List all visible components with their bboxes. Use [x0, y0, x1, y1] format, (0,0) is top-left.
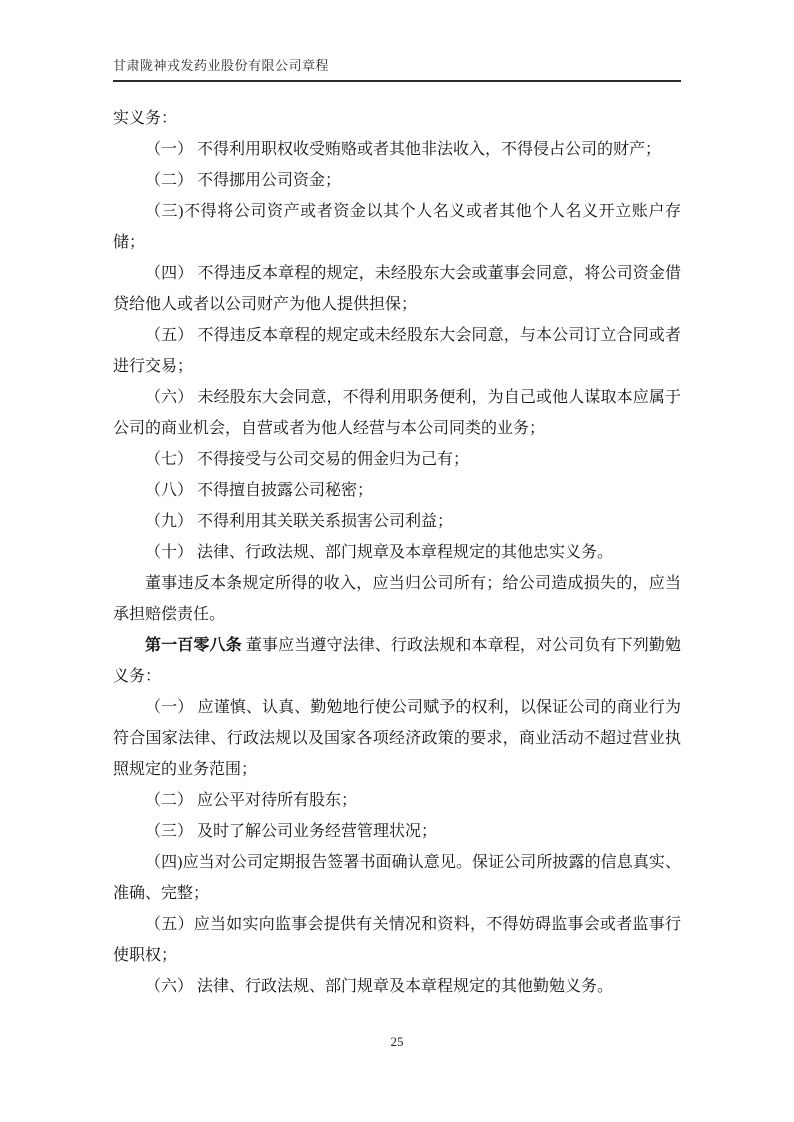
paragraph: 第一百零八条 董事应当遵守法律、行政法规和本章程，对公司负有下列勤勉义务： [113, 630, 681, 692]
paragraph: （九） 不得利用其关联关系损害公司利益； [113, 506, 681, 537]
article-number: 第一百零八条 [145, 637, 242, 654]
paragraph-text: 实义务： [113, 110, 177, 127]
paragraph-text: （四)应当对公司定期报告签署书面确认意见。保证公司所披露的信息真实、准确、完整； [113, 854, 681, 902]
paragraph: （一） 应谨慎、认真、勤勉地行使公司赋予的权利，以保证公司的商业行为符合国家法律… [113, 692, 681, 785]
paragraph-text: （三） 及时了解公司业务经营管理状况； [145, 823, 437, 840]
paragraph: 实义务： [113, 103, 681, 134]
paragraph-text: （十） 法律、行政法规、部门规章及本章程规定的其他忠实义务。 [145, 544, 613, 561]
paragraph-text: （一） 不得利用职权收受贿赂或者其他非法收入，不得侵占公司的财产； [145, 141, 661, 158]
paragraph-text: （四） 不得违反本章程的规定，未经股东大会或董事会同意，将公司资金借贷给他人或者… [113, 265, 681, 313]
document-body: 实义务：（一） 不得利用职权收受贿赂或者其他非法收入，不得侵占公司的财产；（二）… [113, 103, 681, 1002]
paragraph: （八） 不得擅自披露公司秘密； [113, 475, 681, 506]
paragraph-text: （一） 应谨慎、认真、勤勉地行使公司赋予的权利，以保证公司的商业行为符合国家法律… [113, 699, 681, 778]
paragraph: （一） 不得利用职权收受贿赂或者其他非法收入，不得侵占公司的财产； [113, 134, 681, 165]
document-page: { "document": { "header": { "title": "甘肃… [0, 0, 794, 1122]
paragraph-text: （二） 应公平对待所有股东； [145, 792, 357, 809]
paragraph: （二） 应公平对待所有股东； [113, 785, 681, 816]
page-header: 甘肃陇神戎发药业股份有限公司章程 [113, 55, 681, 82]
paragraph: （七） 不得接受与公司交易的佣金归为己有； [113, 444, 681, 475]
paragraph-text: （六） 未经股东大会同意，不得利用职务便利，为自己或他人谋取本应属于公司的商业机… [113, 389, 681, 437]
paragraph-text: 董事违反本条规定所得的收入，应当归公司所有；给公司造成损失的，应当承担赔偿责任。 [113, 575, 681, 623]
paragraph: （六） 法律、行政法规、部门规章及本章程规定的其他勤勉义务。 [113, 971, 681, 1002]
paragraph-text: （七） 不得接受与公司交易的佣金归为己有； [145, 451, 469, 468]
paragraph: （四） 不得违反本章程的规定，未经股东大会或董事会同意，将公司资金借贷给他人或者… [113, 258, 681, 320]
paragraph: （二） 不得挪用公司资金； [113, 165, 681, 196]
paragraph: （三） 及时了解公司业务经营管理状况； [113, 816, 681, 847]
paragraph-text: （三)不得将公司资产或者资金以其个人名义或者其他个人名义开立账户存储； [113, 203, 681, 251]
page-number: 25 [391, 1034, 404, 1049]
paragraph: （五）应当如实向监事会提供有关情况和资料，不得妨碍监事会或者监事行使职权； [113, 909, 681, 971]
paragraph-text: （二） 不得挪用公司资金； [145, 172, 341, 189]
paragraph: （四)应当对公司定期报告签署书面确认意见。保证公司所披露的信息真实、准确、完整； [113, 847, 681, 909]
page-header-title: 甘肃陇神戎发药业股份有限公司章程 [113, 58, 329, 73]
paragraph-text: （五） 不得违反本章程的规定或未经股东大会同意，与本公司订立合同或者进行交易； [113, 327, 681, 375]
paragraph: （十） 法律、行政法规、部门规章及本章程规定的其他忠实义务。 [113, 537, 681, 568]
paragraph: （六） 未经股东大会同意，不得利用职务便利，为自己或他人谋取本应属于公司的商业机… [113, 382, 681, 444]
paragraph-text: （六） 法律、行政法规、部门规章及本章程规定的其他勤勉义务。 [145, 978, 613, 995]
paragraph: 董事违反本条规定所得的收入，应当归公司所有；给公司造成损失的，应当承担赔偿责任。 [113, 568, 681, 630]
page: 甘肃陇神戎发药业股份有限公司章程 实义务：（一） 不得利用职权收受贿赂或者其他非… [0, 0, 794, 1122]
paragraph: （五） 不得违反本章程的规定或未经股东大会同意，与本公司订立合同或者进行交易； [113, 320, 681, 382]
paragraph-text: （九） 不得利用其关联关系损害公司利益； [145, 513, 453, 530]
paragraph-text: （八） 不得擅自披露公司秘密； [145, 482, 373, 499]
paragraph: （三)不得将公司资产或者资金以其个人名义或者其他个人名义开立账户存储； [113, 196, 681, 258]
paragraph-text: （五）应当如实向监事会提供有关情况和资料，不得妨碍监事会或者监事行使职权； [113, 916, 681, 964]
page-footer: 25 [0, 1034, 794, 1050]
